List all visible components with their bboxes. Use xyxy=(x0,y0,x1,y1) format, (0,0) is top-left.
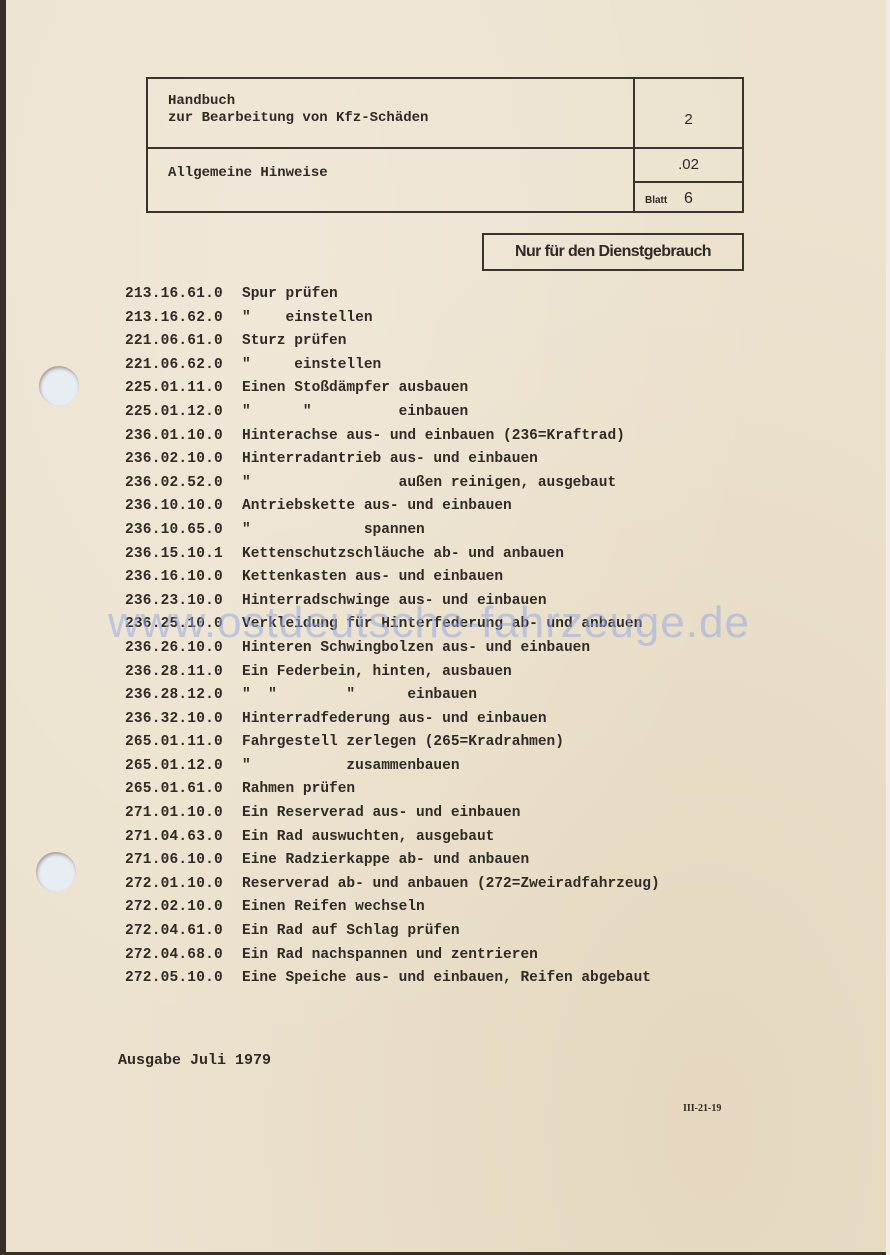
list-item: 236.32.10.0Hinterradfederung aus- und ei… xyxy=(125,708,660,732)
operation-code: 271.06.10.0 xyxy=(125,849,242,871)
operation-code: 236.15.10.1 xyxy=(125,543,242,565)
list-item: 225.01.12.0" " einbauen xyxy=(125,401,660,425)
operation-description: Ein Reserverad aus- und einbauen xyxy=(242,805,520,821)
list-item: 236.28.11.0Ein Federbein, hinten, ausbau… xyxy=(125,661,660,685)
operation-description: Kettenkasten aus- und einbauen xyxy=(242,569,503,585)
list-item: 236.26.10.0Hinteren Schwingbolzen aus- u… xyxy=(125,637,660,661)
sheet-label: Blatt xyxy=(645,195,667,206)
operation-code: 236.10.10.0 xyxy=(125,495,242,517)
header-table: Handbuch zur Bearbeitung von Kfz-Schäden… xyxy=(146,77,744,213)
list-item: 221.06.62.0" einstellen xyxy=(125,354,660,378)
header-row-title: Handbuch zur Bearbeitung von Kfz-Schäden… xyxy=(148,79,742,149)
list-item: 236.23.10.0Hinterradschwinge aus- und ei… xyxy=(125,590,660,614)
list-item: 236.25.10.0Verkleidung für Hinterfederun… xyxy=(125,613,660,637)
operation-description: Kettenschutzschläuche ab- und anbauen xyxy=(242,546,564,562)
operation-description: Eine Radzierkappe ab- und anbauen xyxy=(242,852,529,868)
punch-hole-bottom xyxy=(36,852,76,892)
operation-code: 236.28.12.0 xyxy=(125,684,242,706)
operation-code: 236.25.10.0 xyxy=(125,613,242,635)
list-item: 213.16.62.0" einstellen xyxy=(125,307,660,331)
form-code: III-21-19 xyxy=(683,1103,721,1114)
operation-code: 236.02.52.0 xyxy=(125,472,242,494)
operation-description: " spannen xyxy=(242,522,425,538)
operation-description: Fahrgestell zerlegen (265=Kradrahmen) xyxy=(242,734,564,750)
operation-code: 236.02.10.0 xyxy=(125,448,242,470)
list-item: 213.16.61.0Spur prüfen xyxy=(125,283,660,307)
operation-description: Hinterradfederung aus- und einbauen xyxy=(242,711,547,727)
operation-description: Ein Rad nachspannen und zentrieren xyxy=(242,947,538,963)
operation-description: Hinterradantrieb aus- und einbauen xyxy=(242,451,538,467)
operation-code: 265.01.11.0 xyxy=(125,731,242,753)
operation-code: 236.23.10.0 xyxy=(125,590,242,612)
list-item: 272.05.10.0Eine Speiche aus- und einbaue… xyxy=(125,967,660,991)
header-divider xyxy=(633,79,635,211)
operation-description: Hinterachse aus- und einbauen (236=Kraft… xyxy=(242,428,625,444)
section-number-cell: .02 xyxy=(635,147,742,183)
operation-code: 236.01.10.0 xyxy=(125,425,242,447)
operation-code: 272.02.10.0 xyxy=(125,896,242,918)
operation-description: Antriebskette aus- und einbauen xyxy=(242,498,512,514)
punch-hole-top xyxy=(39,366,79,406)
handbook-title-line2: zur Bearbeitung von Kfz-Schäden xyxy=(168,110,428,127)
list-item: 271.06.10.0Eine Radzierkappe ab- und anb… xyxy=(125,849,660,873)
list-item: 221.06.61.0Sturz prüfen xyxy=(125,330,660,354)
list-item: 265.01.11.0Fahrgestell zerlegen (265=Kra… xyxy=(125,731,660,755)
list-item: 265.01.12.0" zusammenbauen xyxy=(125,755,660,779)
operation-description: " außen reinigen, ausgebaut xyxy=(242,475,616,491)
operation-code: 221.06.62.0 xyxy=(125,354,242,376)
operation-code: 236.10.65.0 xyxy=(125,519,242,541)
operation-code: 272.05.10.0 xyxy=(125,967,242,989)
chapter-number: 2 xyxy=(635,111,742,128)
operation-code: 272.01.10.0 xyxy=(125,873,242,895)
operation-code: 225.01.12.0 xyxy=(125,401,242,423)
sheet-number: 6 xyxy=(684,190,693,208)
operation-description: Hinterradschwinge aus- und einbauen xyxy=(242,593,547,609)
operation-code: 213.16.62.0 xyxy=(125,307,242,329)
operation-code: 236.16.10.0 xyxy=(125,566,242,588)
list-item: 265.01.61.0Rahmen prüfen xyxy=(125,778,660,802)
operation-description: Sturz prüfen xyxy=(242,333,346,349)
operation-code: 236.32.10.0 xyxy=(125,708,242,730)
edition-date: Ausgabe Juli 1979 xyxy=(118,1052,271,1069)
operation-description: Hinteren Schwingbolzen aus- und einbauen xyxy=(242,640,590,656)
list-item: 236.02.52.0" außen reinigen, ausgebaut xyxy=(125,472,660,496)
list-item: 272.01.10.0Reserverad ab- und anbauen (2… xyxy=(125,873,660,897)
operation-description: " " einbauen xyxy=(242,404,468,420)
handbook-title: Handbuch zur Bearbeitung von Kfz-Schäden xyxy=(168,93,428,127)
list-item: 236.16.10.0Kettenkasten aus- und einbaue… xyxy=(125,566,660,590)
classification-stamp: Nur für den Dienstgebrauch xyxy=(482,233,744,271)
operation-code: 265.01.12.0 xyxy=(125,755,242,777)
document-page: Handbuch zur Bearbeitung von Kfz-Schäden… xyxy=(6,0,886,1252)
operation-description: Ein Rad auswuchten, ausgebaut xyxy=(242,829,494,845)
operation-code: 236.28.11.0 xyxy=(125,661,242,683)
operation-code: 225.01.11.0 xyxy=(125,377,242,399)
header-row-section: Allgemeine Hinweise .02 Blatt 6 xyxy=(148,147,742,211)
operation-description: Rahmen prüfen xyxy=(242,781,355,797)
list-item: 236.01.10.0Hinterachse aus- und einbauen… xyxy=(125,425,660,449)
list-item: 236.28.12.0" " " einbauen xyxy=(125,684,660,708)
list-item: 272.02.10.0Einen Reifen wechseln xyxy=(125,896,660,920)
list-item: 236.15.10.1Kettenschutzschläuche ab- und… xyxy=(125,543,660,567)
operation-description: Reserverad ab- und anbauen (272=Zweiradf… xyxy=(242,876,660,892)
operation-code: 271.04.63.0 xyxy=(125,826,242,848)
section-title: Allgemeine Hinweise xyxy=(168,165,328,181)
operation-description: " einstellen xyxy=(242,310,373,326)
operation-code: 213.16.61.0 xyxy=(125,283,242,305)
handbook-title-line1: Handbuch xyxy=(168,93,428,110)
operation-code: 272.04.68.0 xyxy=(125,944,242,966)
list-item: 271.01.10.0Ein Reserverad aus- und einba… xyxy=(125,802,660,826)
operation-description: Einen Reifen wechseln xyxy=(242,899,425,915)
operation-code: 272.04.61.0 xyxy=(125,920,242,942)
section-number: .02 xyxy=(635,156,742,173)
operation-code-list: 213.16.61.0Spur prüfen213.16.62.0" einst… xyxy=(125,283,660,991)
operation-description: " zusammenbauen xyxy=(242,758,460,774)
operation-code: 265.01.61.0 xyxy=(125,778,242,800)
list-item: 225.01.11.0Einen Stoßdämpfer ausbauen xyxy=(125,377,660,401)
operation-description: " einstellen xyxy=(242,357,381,373)
operation-description: Einen Stoßdämpfer ausbauen xyxy=(242,380,468,396)
list-item: 236.10.65.0" spannen xyxy=(125,519,660,543)
operation-description: " " " einbauen xyxy=(242,687,477,703)
operation-code: 236.26.10.0 xyxy=(125,637,242,659)
operation-code: 221.06.61.0 xyxy=(125,330,242,352)
list-item: 236.02.10.0Hinterradantrieb aus- und ein… xyxy=(125,448,660,472)
operation-description: Eine Speiche aus- und einbauen, Reifen a… xyxy=(242,970,651,986)
list-item: 272.04.61.0Ein Rad auf Schlag prüfen xyxy=(125,920,660,944)
list-item: 271.04.63.0Ein Rad auswuchten, ausgebaut xyxy=(125,826,660,850)
list-item: 236.10.10.0Antriebskette aus- und einbau… xyxy=(125,495,660,519)
page-edge xyxy=(886,0,890,1255)
operation-description: Spur prüfen xyxy=(242,286,338,302)
operation-description: Ein Rad auf Schlag prüfen xyxy=(242,923,460,939)
operation-description: Verkleidung für Hinterfederung ab- und a… xyxy=(242,616,642,632)
operation-code: 271.01.10.0 xyxy=(125,802,242,824)
list-item: 272.04.68.0Ein Rad nachspannen und zentr… xyxy=(125,944,660,968)
operation-description: Ein Federbein, hinten, ausbauen xyxy=(242,664,512,680)
